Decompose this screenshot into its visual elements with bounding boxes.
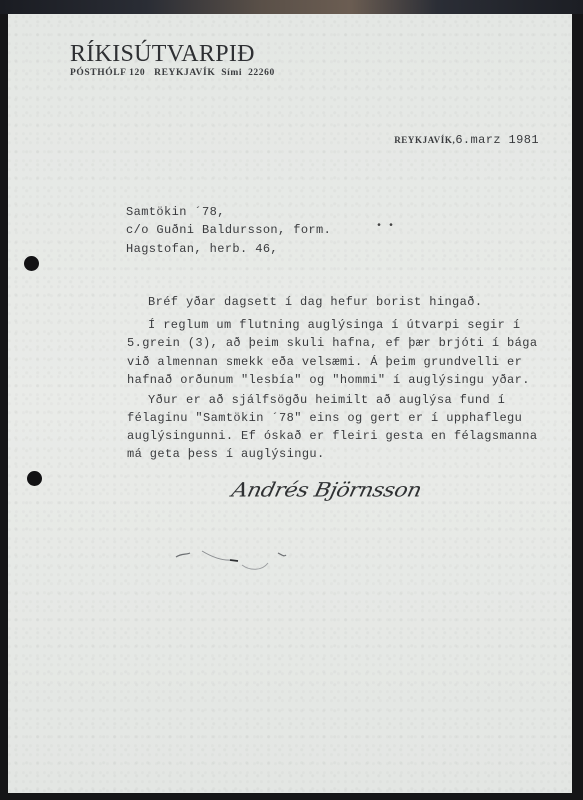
recipient-line: Hagstofan, herb. 46, [126,242,278,256]
letterhead-address: PÓSTHÓLF 120 REYKJAVÍK Sími 22260 [70,68,275,78]
handwritten-signature: Andrés Björnsson [230,479,424,502]
punch-hole-bottom [27,471,42,486]
body-paragraph-3-line: félaginu "Samtökin ´78" eins og gert er … [127,411,522,425]
body-paragraph-2-line: hafnað orðunum "lesbía" og "hommi" í aug… [127,373,530,387]
punch-hole-top [24,256,39,271]
dateline: REYKJAVÍK,6.marz 1981 [379,119,539,147]
body-paragraph-2-line: við almennan smekk eða velsæmi. Á þeim g… [127,355,522,369]
body-paragraph-3-line: auglýsingunni. Ef óskað er fleiri gesta … [127,429,537,443]
background-band [0,0,583,14]
dateline-place: REYKJAVÍK, [394,135,455,145]
letterhead-organization: RÍKISÚTVARPIÐ [70,41,255,68]
body-paragraph-3-line: má geta þess í auglýsingu. [127,447,325,461]
body-paragraph-1-line: Bréf yðar dagsett í dag hefur borist hin… [148,295,482,309]
ink-specks: • • [376,221,394,232]
embossed-seal-mark [172,545,292,575]
dateline-date: 6.marz 1981 [455,133,539,147]
recipient-line: c/o Guðni Baldursson, form. [126,223,331,237]
body-paragraph-3-line: Yður er að sjálfsögðu heimilt að auglýsa… [148,393,505,407]
body-paragraph-2-line: Í reglum um flutning auglýsinga í útvarp… [148,318,520,332]
body-paragraph-2-line: 5.grein (3), að þeim skuli hafna, ef þær… [127,336,537,350]
recipient-line: Samtökin ´78, [126,205,225,219]
